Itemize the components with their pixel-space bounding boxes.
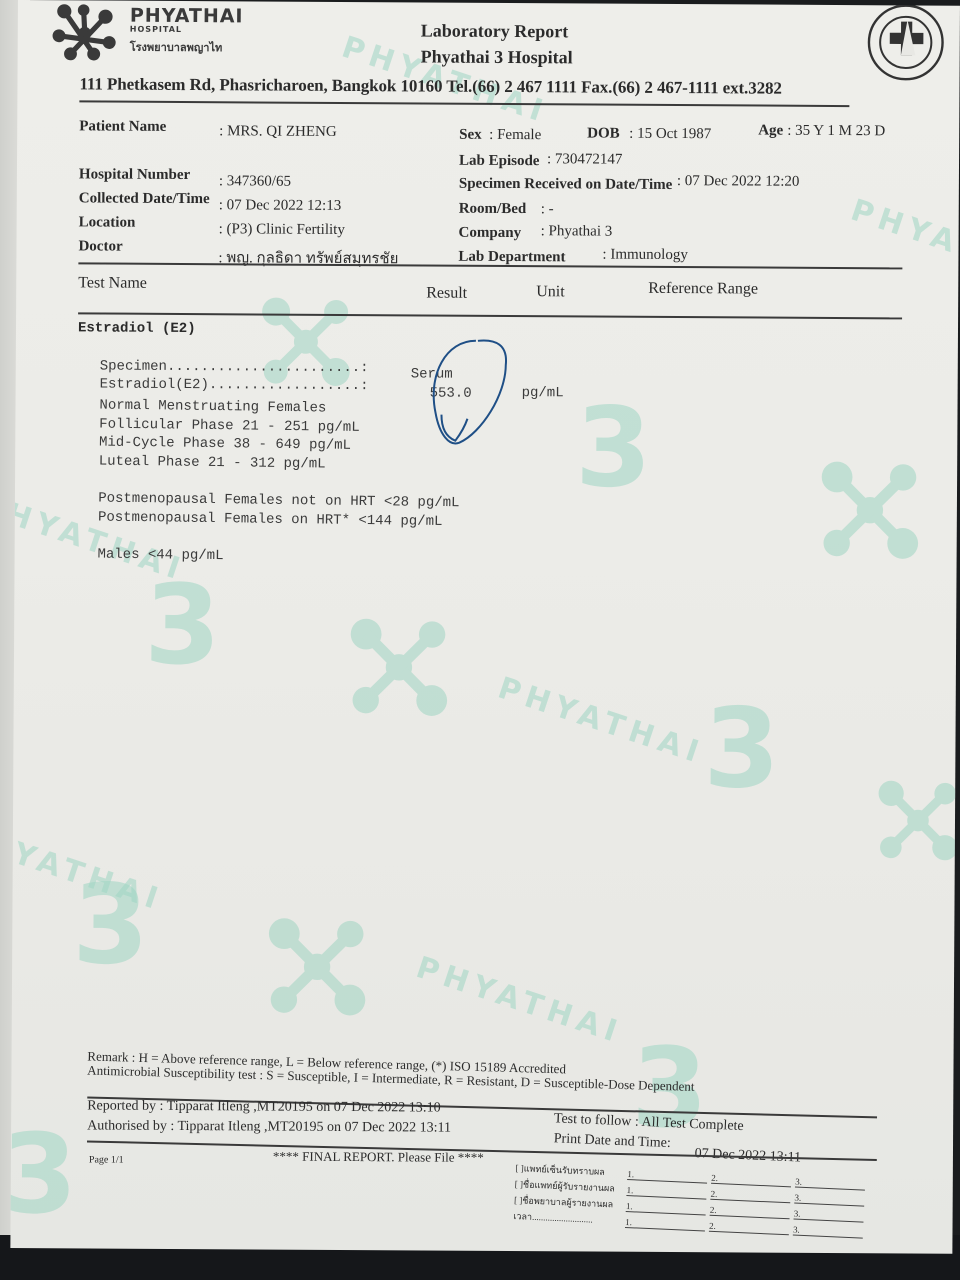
specimen-received-label: Specimen Received on Date/Time [459, 176, 673, 194]
lab-episode-label: Lab Episode [459, 153, 540, 170]
watermark-digit: 3 [144, 561, 221, 689]
col-reference-range: Reference Range [648, 280, 758, 299]
table-header-divider [78, 312, 902, 319]
watermark-digit: 3 [703, 684, 780, 812]
lab-episode-value: : 730472147 [547, 151, 623, 168]
test-group-name: Estradiol (E2) [78, 320, 196, 337]
reference-range-block: Normal Menstruating FemalesFollicular Ph… [97, 397, 460, 569]
watermark-logo-icon [262, 912, 373, 1023]
watermark-logo-icon [344, 612, 455, 723]
lab-department-label: Lab Department [458, 249, 565, 267]
company-label: Company [459, 225, 522, 242]
col-unit: Unit [536, 283, 565, 301]
watermark-digit: 3 [10, 1110, 77, 1238]
watermark-text: PHYATHAI [10, 817, 167, 918]
analyte-line: Estradiol(E2)..................: [100, 377, 369, 395]
patient-name-value: : MRS. QI ZHENG [219, 123, 337, 141]
lab-department-value: : Immunology [602, 247, 688, 265]
lab-report-page: PHYATHAI 3 PHYATHAI 3 PHYATHAI 3 PHYATHA… [10, 0, 960, 1254]
reported-by: Reported by : Tipparat Itleng ,MT20195 o… [87, 1098, 441, 1116]
page-number: Page 1/1 [89, 1154, 124, 1165]
result-unit: pg/mL [522, 385, 564, 401]
doctor-label: Doctor [78, 238, 122, 255]
hospital-number-value: : 347360/65 [219, 173, 291, 190]
watermark-digit: 3 [575, 383, 652, 511]
dob-value: : 15 Oct 1987 [629, 126, 711, 144]
signoff-blank: 3. [793, 1224, 863, 1238]
signoff-label: เวลา........................... [513, 1209, 626, 1228]
sex-value: : Female [489, 127, 541, 144]
location-label: Location [79, 214, 136, 231]
logo-thai: โรงพยาบาลพญาไท [130, 38, 223, 57]
specimen-received-value: : 07 Dec 2022 12:20 [677, 173, 800, 191]
collected-label: Collected Date/Time [79, 190, 210, 208]
age-label: Age [758, 123, 783, 140]
authorised-by: Authorised by : Tipparat Itleng ,MT20195… [87, 1118, 451, 1136]
handwritten-circle-annotation [415, 334, 516, 453]
signoff-blank: 2. [709, 1221, 789, 1236]
collected-value: : 07 Dec 2022 12:13 [219, 197, 342, 215]
specimen-line: Specimen.......................: [100, 359, 369, 377]
header-divider [79, 100, 849, 106]
watermark-digit: 3 [72, 860, 149, 988]
hospital-logo-icon [52, 2, 118, 60]
watermark-text: PHYATHAI [494, 671, 709, 772]
watermark-logo-icon [873, 775, 960, 866]
watermark-text: PHYATHAI [412, 950, 627, 1051]
doctor-value: : พญ. กุลธิดา ทรัพย์สมุทรชัย [218, 245, 398, 270]
company-value: : Phyathai 3 [541, 223, 613, 240]
report-title: Laboratory Report [421, 20, 569, 42]
hospital-name: Phyathai 3 Hospital [421, 46, 573, 68]
print-date-label: Print Date and Time: [553, 1131, 671, 1152]
logo-subtitle: HOSPITAL [130, 25, 182, 34]
col-result: Result [426, 284, 467, 302]
patient-name-label: Patient Name [79, 118, 166, 136]
watermark-text: PHYATHAI [846, 193, 959, 294]
watermark-logo-icon [815, 455, 926, 566]
room-bed-value: : - [541, 201, 554, 218]
address-line: 111 Phetkasem Rd, Phasricharoen, Bangkok… [79, 74, 781, 98]
hospital-number-label: Hospital Number [79, 166, 190, 184]
final-report-notice: **** FINAL REPORT. Please File **** [273, 1149, 484, 1166]
accreditation-seal-icon [865, 0, 946, 86]
sex-label: Sex [459, 127, 482, 144]
signoff-block: [ ]แพทย์เซ็นรับทราบผล1.2.3.[ ]ชื่อแพทย์ผ… [513, 1159, 875, 1239]
col-test-name: Test Name [78, 274, 147, 292]
room-bed-label: Room/Bed [459, 201, 527, 218]
age-value: : 35 Y 1 M 23 D [787, 123, 885, 141]
location-value: : (P3) Clinic Fertility [219, 221, 345, 239]
dob-label: DOB [587, 125, 620, 142]
signoff-blank: 1. [625, 1217, 705, 1232]
reference-range-line: Males <44 pg/mL [97, 545, 458, 568]
